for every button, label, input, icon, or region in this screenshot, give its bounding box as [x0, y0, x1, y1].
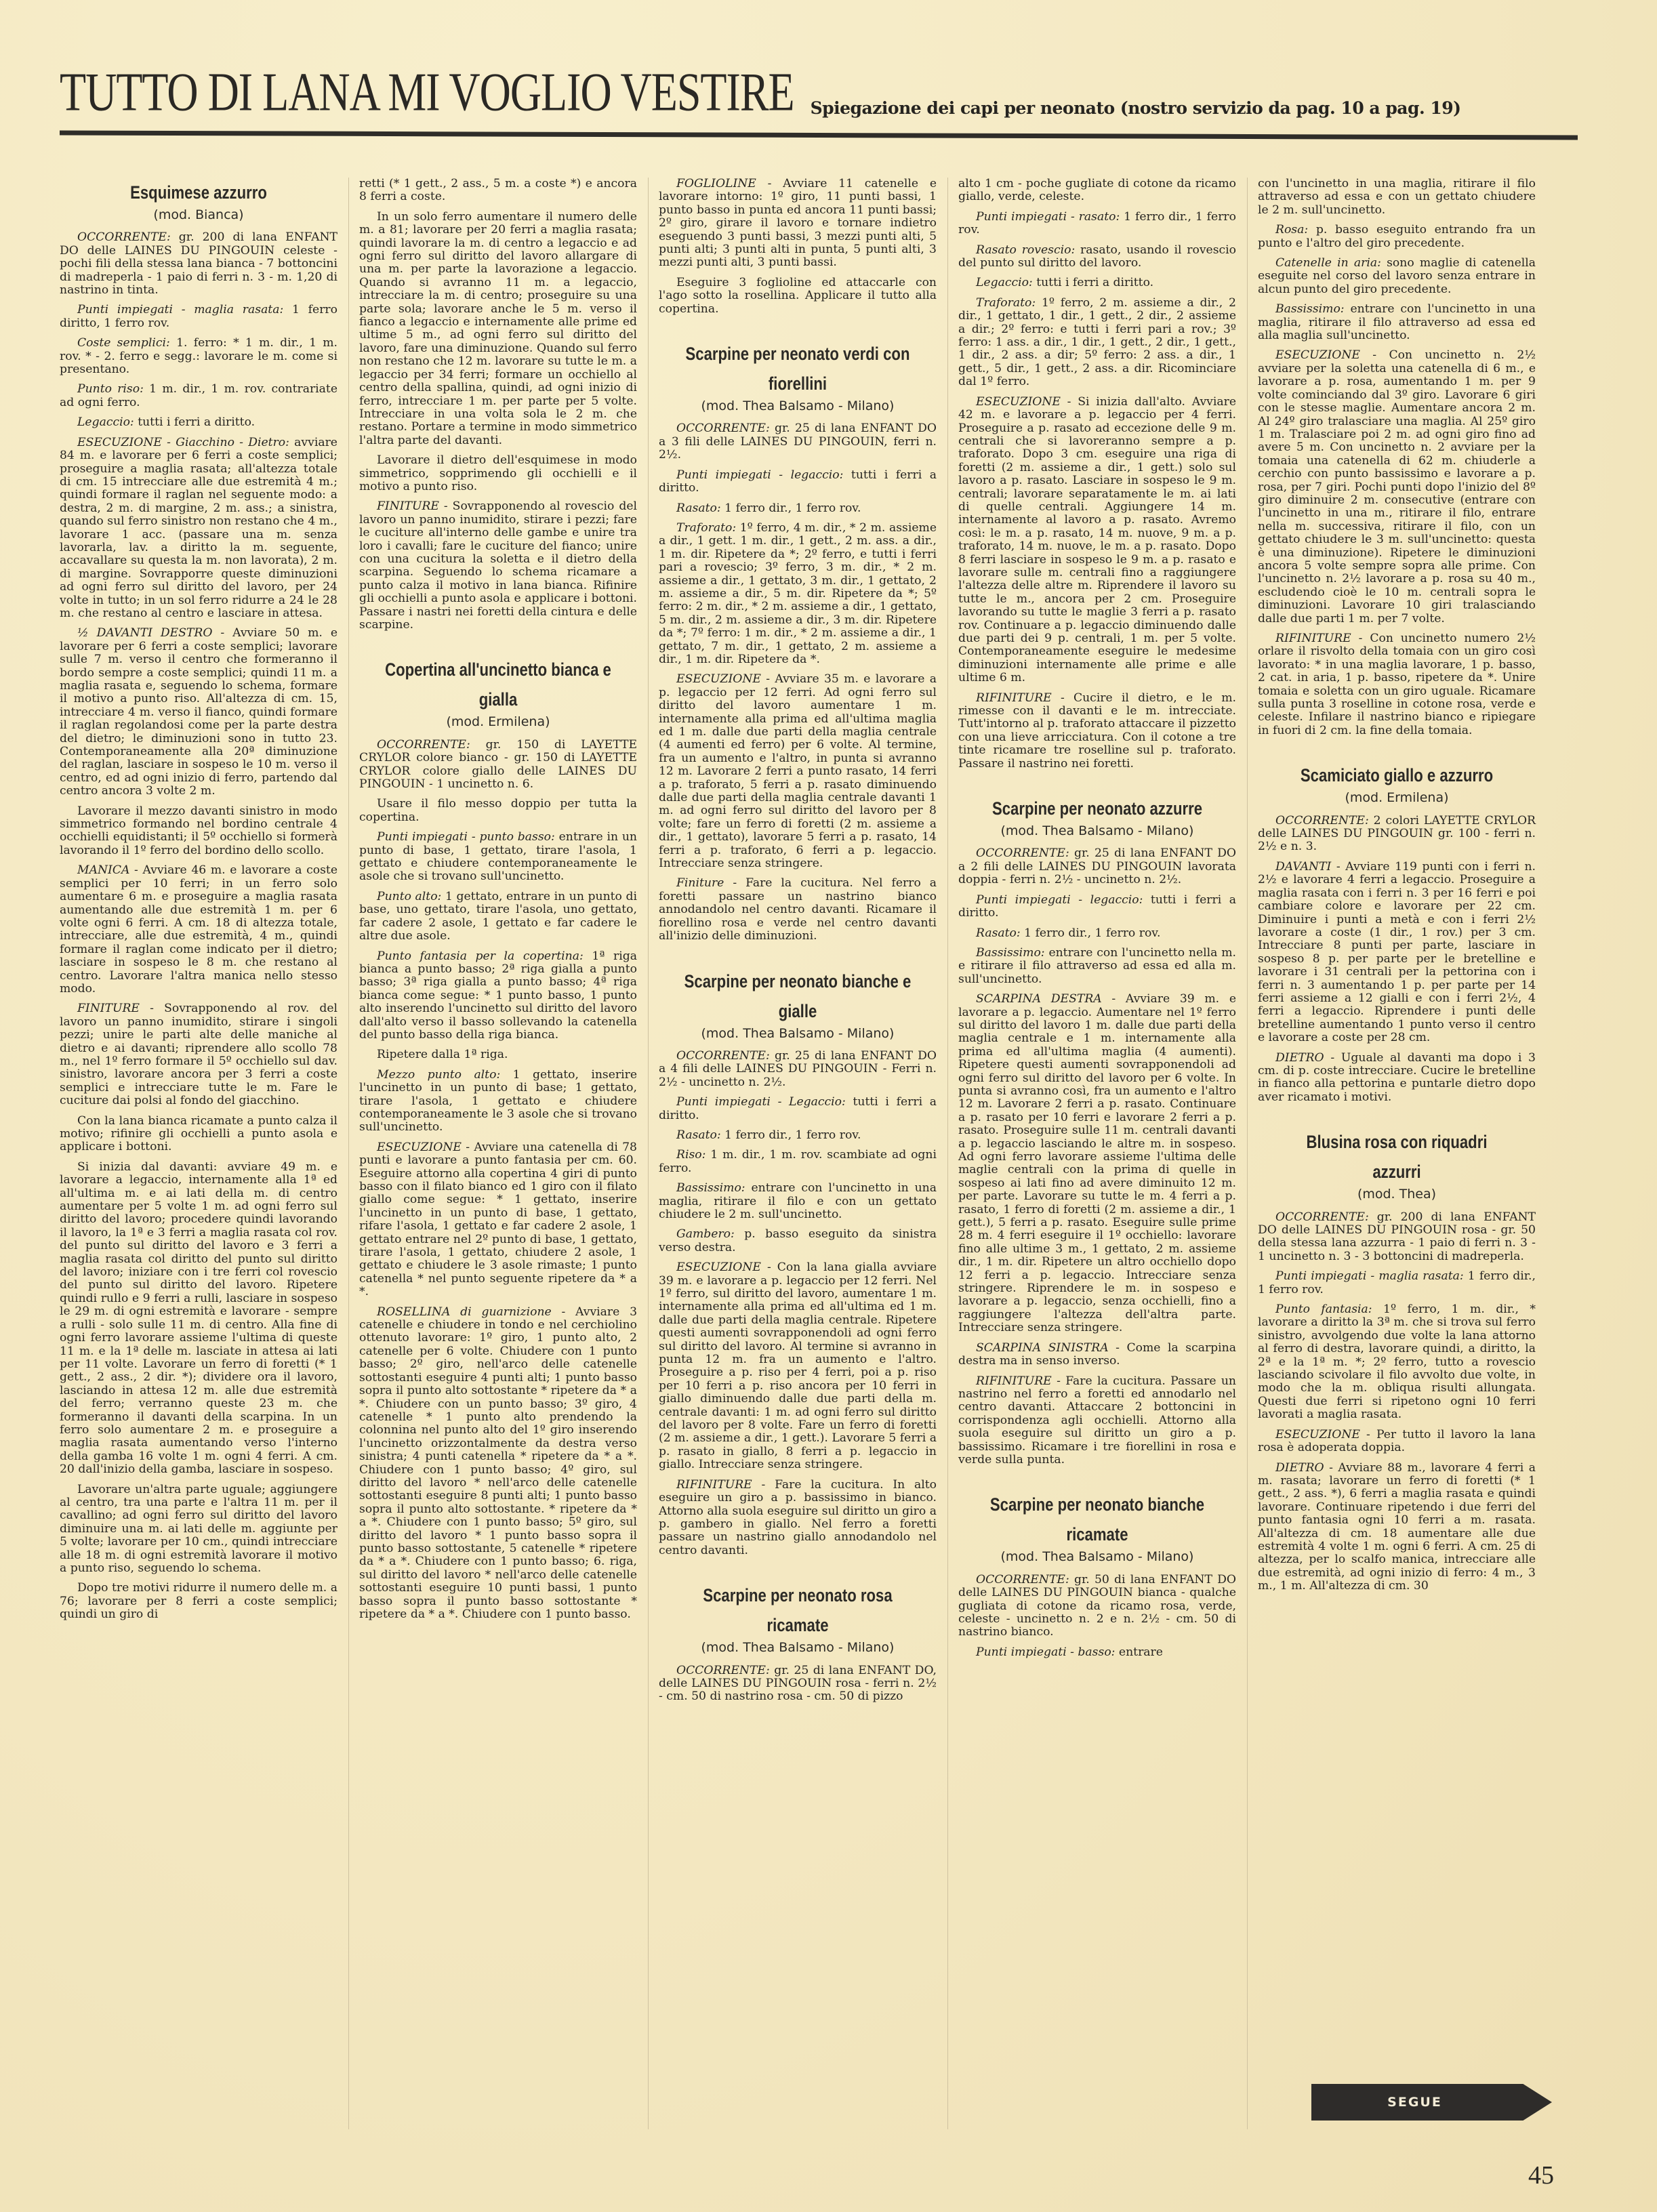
- paragraph: RIFINITURE - Fare la cucitura. In alto e…: [659, 1479, 937, 1557]
- paragraph-body: con l'uncinetto in una maglia, ritirare …: [1258, 177, 1536, 217]
- paragraph-body: - Avviare 46 m. e lavorare a coste sempl…: [60, 863, 337, 996]
- column-divider: [648, 178, 649, 2129]
- paragraph-lead: SCARPINA SINISTRA: [976, 1341, 1109, 1355]
- paragraph: Dopo tre motivi ridurre il numero delle …: [60, 1582, 337, 1621]
- paragraph-lead: OCCORRENTE:: [976, 846, 1069, 860]
- paragraph: OCCORRENTE: gr. 200 di lana ENFANT DO de…: [60, 231, 337, 297]
- paragraph: ESECUZIONE - Si inizia dall'alto. Avviar…: [958, 396, 1236, 685]
- section-title: Scamiciato giallo e azzurro: [1283, 760, 1511, 790]
- paragraph-body: 1 ferro dir., 1 ferro rov.: [721, 501, 861, 515]
- paragraph: ROSELLINA di guarnizione - Avviare 3 cat…: [359, 1306, 637, 1622]
- paragraph-lead: Legaccio:: [77, 415, 134, 429]
- paragraph: DAVANTI - Avviare 119 punti con i ferri …: [1258, 861, 1536, 1045]
- paragraph-lead: Punti impiegati - punto basso:: [377, 830, 555, 844]
- paragraph: Punti impiegati - legaccio: tutti i ferr…: [958, 894, 1236, 920]
- paragraph: Legaccio: tutti i ferri a diritto.: [958, 276, 1236, 289]
- paragraph-body: alto 1 cm - poche gugliate di cotone da …: [958, 177, 1236, 203]
- paragraph-lead: FINITURE: [377, 499, 439, 513]
- paragraph-lead: Punti impiegati - maglia rasata:: [77, 303, 283, 316]
- paragraph-body: In un solo ferro aumentare il numero del…: [359, 210, 637, 447]
- paragraph-lead: Legaccio:: [976, 276, 1033, 289]
- paragraph-lead: Traforato:: [676, 521, 736, 535]
- text-column-3: FOGLIOLINE - Avviare 11 catenelle e lavo…: [659, 178, 937, 1711]
- text-column-4: alto 1 cm - poche gugliate di cotone da …: [958, 178, 1236, 1666]
- text-column-5: con l'uncinetto in una maglia, ritirare …: [1258, 178, 1536, 1600]
- paragraph-body: - Sovrapponendo al rovescio del lavoro u…: [359, 499, 637, 632]
- paragraph: Punto alto: 1 gettato, entrare in un pun…: [359, 890, 637, 943]
- paragraph-lead: Punti impiegati - rasato:: [976, 210, 1120, 224]
- paragraph: RIFINITURE - Cucire il dietro, e le m. r…: [958, 692, 1236, 771]
- paragraph-lead: OCCORRENTE:: [676, 1049, 770, 1063]
- paragraph: Lavorare un'altra parte uguale; aggiunge…: [60, 1483, 337, 1576]
- paragraph-body: Lavorare il mezzo davanti sinistro in mo…: [60, 804, 337, 857]
- paragraph: retti (* 1 gett., 2 ass., 5 m. a coste *…: [359, 178, 637, 204]
- paragraph: SCARPINA DESTRA - Avviare 39 m. e lavora…: [958, 993, 1236, 1335]
- paragraph-body: - Sovrapponendo al rov. del lavoro un pa…: [60, 1002, 337, 1107]
- paragraph-body: 1º ferro, 1 m. dir., * lavorare a diritt…: [1258, 1303, 1536, 1421]
- paragraph: Rasato: 1 ferro dir., 1 ferro rov.: [958, 927, 1236, 940]
- paragraph-body: tutti i ferri a diritto.: [134, 415, 255, 429]
- paragraph-body: - Fare la cucitura. Passare un nastrino …: [958, 1374, 1236, 1467]
- paragraph-body: - Avviare 35 m. e lavorare a p. legaccio…: [659, 672, 937, 870]
- paragraph-lead: ESECUZIONE: [676, 1261, 761, 1274]
- section-designer: (mod. Thea Balsamo - Milano): [659, 1027, 937, 1040]
- paragraph-body: 1º ferro, 4 m. dir., * 2 m. assieme a di…: [659, 521, 937, 666]
- paragraph-lead: RIFINITURE: [1275, 632, 1351, 645]
- column-divider: [1247, 178, 1248, 2129]
- paragraph-lead: OCCORRENTE:: [676, 1664, 770, 1677]
- paragraph: ESECUZIONE - Avviare 35 m. e lavorare a …: [659, 673, 937, 870]
- paragraph: OCCORRENTE: 2 colori LAYETTE CRYLOR dell…: [1258, 815, 1536, 854]
- paragraph-lead: OCCORRENTE:: [1275, 1210, 1369, 1224]
- paragraph-lead: Gambero:: [676, 1227, 735, 1241]
- paragraph: MANICA - Avviare 46 m. e lavorare a cost…: [60, 864, 337, 996]
- paragraph: Gambero: p. basso eseguito da sinistra v…: [659, 1228, 937, 1254]
- paragraph: Punti impiegati - punto basso: entrare i…: [359, 831, 637, 884]
- paragraph-lead: ESECUZIONE: [676, 672, 761, 686]
- paragraph: Punti impiegati - basso: entrare: [958, 1646, 1236, 1659]
- continue-label: SEGUE: [1387, 2095, 1442, 2110]
- paragraph: Riso: 1 m. dir., 1 m. rov. scambiate ad …: [659, 1149, 937, 1175]
- paragraph: Punti impiegati - legaccio: tutti i ferr…: [659, 469, 937, 495]
- paragraph: Punto fantasia per la copertina: 1ª riga…: [359, 950, 637, 1042]
- paragraph-lead: Punto riso:: [77, 382, 144, 396]
- paragraph: OCCORRENTE: gr. 25 di lana ENFANT DO a 3…: [659, 422, 937, 462]
- paragraph-body: - Avviare una catenella di 78 punti e la…: [359, 1141, 637, 1298]
- paragraph: Punti impiegati - maglia rasata: 1 ferro…: [1258, 1270, 1536, 1296]
- paragraph: Mezzo punto alto: 1 gettato, inserire l'…: [359, 1069, 637, 1134]
- section-title: Scarpine per neonato verdi con fiorellin…: [684, 339, 912, 398]
- paragraph-body: avviare 84 m. e lavorare per 6 ferri a c…: [60, 436, 337, 620]
- section-title: Scarpine per neonato rosa ricamate: [684, 1580, 912, 1640]
- paragraph: FINITURE - Sovrapponendo al rovescio del…: [359, 500, 637, 632]
- paragraph: Traforato: 1º ferro, 2 m. assieme a dir.…: [958, 297, 1236, 389]
- paragraph-lead: Punti impiegati - basso:: [976, 1645, 1115, 1659]
- paragraph-lead: DAVANTI: [1275, 860, 1331, 874]
- paragraph-lead: Punti impiegati - Legaccio:: [676, 1095, 846, 1109]
- paragraph-lead: Finiture: [676, 876, 724, 890]
- paragraph-lead: ESECUZIONE: [377, 1141, 462, 1154]
- paragraph-body: - Avviare 39 m. e lavorare a p. legaccio…: [958, 992, 1236, 1334]
- paragraph: ESECUZIONE - Con la lana gialla avviare …: [659, 1261, 937, 1472]
- paragraph-lead: Bassissimo:: [1275, 302, 1345, 316]
- paragraph: OCCORRENTE: gr. 25 di lana ENFANT DO, de…: [659, 1664, 937, 1704]
- paragraph-body: 1 ferro dir., 1 ferro rov.: [721, 1128, 861, 1142]
- paragraph-lead: OCCORRENTE:: [377, 738, 470, 752]
- paragraph: FOGLIOLINE - Avviare 11 catenelle e lavo…: [659, 178, 937, 270]
- paragraph-lead: ESECUZIONE: [1275, 348, 1360, 362]
- paragraph-lead: Coste semplici:: [77, 336, 170, 350]
- paragraph-lead: OCCORRENTE:: [676, 422, 770, 435]
- paragraph-body: 1º ferro, 2 m. assieme a dir., 2 dir., 1…: [958, 296, 1236, 388]
- paragraph-lead: RIFINITURE: [676, 1478, 752, 1492]
- paragraph-lead: SCARPINA DESTRA: [976, 992, 1102, 1006]
- paragraph: alto 1 cm - poche gugliate di cotone da …: [958, 178, 1236, 204]
- paragraph: Punti impiegati - rasato: 1 ferro dir., …: [958, 211, 1236, 237]
- section-designer: (mod. Bianca): [60, 209, 337, 222]
- paragraph-body: - Si inizia dall'alto. Avviare 42 m. e l…: [958, 395, 1236, 685]
- paragraph: Legaccio: tutti i ferri a diritto.: [60, 416, 337, 429]
- paragraph-lead: Rasato:: [676, 501, 721, 515]
- page-header: TUTTO DI LANA MI VOGLIO VESTIRE Spiegazi…: [60, 76, 1578, 119]
- paragraph-body: - Con la lana gialla avviare 39 m. e lav…: [659, 1261, 937, 1471]
- section-designer: (mod. Ermilena): [1258, 792, 1536, 804]
- section-title: Scarpine per neonato bianche ricamate: [983, 1490, 1211, 1549]
- paragraph-body: - Avviare 88 m., lavorare 4 ferri a m. r…: [1258, 1461, 1536, 1593]
- paragraph-lead: Bassissimo:: [676, 1181, 745, 1195]
- paragraph-body: Ripetere dalla 1ª riga.: [377, 1048, 508, 1061]
- continue-arrow-banner[interactable]: SEGUE: [1311, 2084, 1552, 2121]
- paragraph: Lavorare il mezzo davanti sinistro in mo…: [60, 805, 337, 858]
- page-subtitle: Spiegazione dei capi per neonato (nostro…: [811, 98, 1461, 118]
- paragraph: ½ DAVANTI DESTRO - Avviare 50 m. e lavor…: [60, 627, 337, 798]
- paragraph: DIETRO - Avviare 88 m., lavorare 4 ferri…: [1258, 1462, 1536, 1593]
- paragraph: FINITURE - Sovrapponendo al rov. del lav…: [60, 1002, 337, 1107]
- header-rule: [60, 130, 1578, 140]
- paragraph: Punto riso: 1 m. dir., 1 m. rov. contrar…: [60, 383, 337, 409]
- paragraph-lead: OCCORRENTE:: [976, 1573, 1069, 1586]
- paragraph: Rasato: 1 ferro dir., 1 ferro rov.: [659, 1129, 937, 1142]
- section-designer: (mod. Ermilena): [359, 716, 637, 729]
- paragraph: Punti impiegati - maglia rasata: 1 ferro…: [60, 304, 337, 330]
- section-title: Scarpine per neonato azzurre: [983, 794, 1211, 823]
- paragraph: OCCORRENTE: gr. 50 di lana ENFANT DO del…: [958, 1574, 1236, 1639]
- paragraph: ESECUZIONE - Per tutto il lavoro la lana…: [1258, 1429, 1536, 1455]
- paragraph: Bassissimo: entrare con l'uncinetto nell…: [958, 947, 1236, 986]
- text-column-1: Esquimese azzurro(mod. Bianca)OCCORRENTE…: [60, 178, 337, 1629]
- paragraph-lead: FINITURE: [77, 1002, 140, 1015]
- paragraph: Usare il filo messo doppio per tutta la …: [359, 798, 637, 824]
- paragraph-lead: Punti impiegati - legaccio:: [676, 468, 843, 482]
- paragraph-body: entrare: [1115, 1645, 1162, 1659]
- paragraph-lead: OCCORRENTE:: [77, 230, 171, 244]
- section-designer: (mod. Thea Balsamo - Milano): [659, 400, 937, 413]
- paragraph-lead: Mezzo punto alto:: [377, 1068, 500, 1082]
- paragraph: Coste semplici: 1. ferro: * 1 m. dir., 1…: [60, 337, 337, 376]
- paragraph: Catenelle in aria: sono maglie di catene…: [1258, 257, 1536, 296]
- paragraph: OCCORRENTE: gr. 25 di lana ENFANT DO a 2…: [958, 847, 1236, 886]
- paragraph: ESECUZIONE - Con uncinetto n. 2½ avviare…: [1258, 349, 1536, 626]
- paragraph: Bassissimo: entrare con l'uncinetto in u…: [1258, 303, 1536, 342]
- paragraph: con l'uncinetto in una maglia, ritirare …: [1258, 178, 1536, 217]
- paragraph: SCARPINA SINISTRA - Come la scarpina des…: [958, 1342, 1236, 1368]
- paragraph-body: Usare il filo messo doppio per tutta la …: [359, 797, 637, 823]
- paragraph-body: - Con uncinetto numero 2½ orlare il risv…: [1258, 632, 1536, 737]
- paragraph-lead: Punto alto:: [377, 890, 441, 903]
- paragraph-body: Dopo tre motivi ridurre il numero delle …: [60, 1581, 337, 1621]
- paragraph-lead: OCCORRENTE:: [1275, 814, 1369, 827]
- paragraph: Rosa: p. basso eseguito entrando fra un …: [1258, 224, 1536, 250]
- paragraph: OCCORRENTE: gr. 200 di lana ENFANT DO de…: [1258, 1211, 1536, 1264]
- paragraph-lead: Rasato:: [676, 1128, 721, 1142]
- paragraph-body: - Avviare 50 m. e lavorare per 6 ferri a…: [60, 626, 337, 798]
- section-title: Scarpine per neonato bianche e gialle: [684, 966, 912, 1026]
- paragraph-lead: Catenelle in aria:: [1275, 256, 1381, 270]
- paragraph: DIETRO - Uguale al davanti ma dopo i 3 c…: [1258, 1052, 1536, 1105]
- paragraph-body: - Avviare 3 catenelle e chiudere in tond…: [359, 1305, 637, 1621]
- paragraph-lead: ½ DAVANTI DESTRO: [77, 626, 212, 640]
- paragraph: Si inizia dal davanti: avviare 49 m. e l…: [60, 1161, 337, 1477]
- paragraph: Rasato: 1 ferro dir., 1 ferro rov.: [659, 502, 937, 515]
- paragraph-lead: Punto fantasia:: [1275, 1303, 1372, 1316]
- paragraph-body: - Avviare 11 catenelle e lavorare intorn…: [659, 177, 937, 269]
- paragraph-lead: DIETRO: [1275, 1461, 1324, 1475]
- paragraph-lead: DIETRO: [1275, 1051, 1324, 1065]
- paragraph-body: 1ª riga bianca a punto basso; 2ª riga gi…: [359, 949, 637, 1042]
- paragraph-body: Lavorare il dietro dell'esquimese in mod…: [359, 453, 637, 493]
- section-designer: (mod. Thea Balsamo - Milano): [958, 825, 1236, 838]
- paragraph-lead: ESECUZIONE: [1275, 1428, 1360, 1441]
- paragraph: Traforato: 1º ferro, 4 m. dir., * 2 m. a…: [659, 522, 937, 666]
- paragraph-lead: Rasato:: [976, 926, 1021, 940]
- paragraph-lead: FOGLIOLINE: [676, 177, 756, 190]
- paragraph-body: Lavorare un'altra parte uguale; aggiunge…: [60, 1483, 337, 1575]
- page-number: 45: [1528, 2160, 1554, 2190]
- text-column-2: retti (* 1 gett., 2 ass., 5 m. a coste *…: [359, 178, 637, 1628]
- page-title: TUTTO DI LANA MI VOGLIO VESTIRE: [60, 65, 794, 119]
- paragraph-lead: Rosa:: [1275, 223, 1308, 237]
- paragraph: Rasato rovescio: rasato, usando il roves…: [958, 244, 1236, 270]
- section-title: Copertina all'uncinetto bianca e gialla: [384, 655, 612, 714]
- paragraph: In un solo ferro aumentare il numero del…: [359, 211, 637, 447]
- paragraph-body: - Avviare 119 punti con i ferri n. 2½ e …: [1258, 860, 1536, 1044]
- paragraph-lead: ESECUZIONE - Giacchino - Dietro:: [77, 436, 289, 449]
- paragraph: OCCORRENTE: gr. 150 di LAYETTE CRYLOR co…: [359, 739, 637, 792]
- paragraph: Lavorare il dietro dell'esquimese in mod…: [359, 454, 637, 493]
- paragraph: Bassissimo: entrare con l'uncinetto in u…: [659, 1182, 937, 1221]
- paragraph: Ripetere dalla 1ª riga.: [359, 1048, 637, 1061]
- paragraph: ESECUZIONE - Avviare una catenella di 78…: [359, 1141, 637, 1299]
- paragraph: Finiture - Fare la cucitura. Nel ferro a…: [659, 877, 937, 943]
- paragraph: RIFINITURE - Fare la cucitura. Passare u…: [958, 1375, 1236, 1467]
- paragraph: Con la lana bianca ricamate a punto calz…: [60, 1115, 337, 1154]
- paragraph: Punto fantasia: 1º ferro, 1 m. dir., * l…: [1258, 1303, 1536, 1422]
- paragraph-lead: ESECUZIONE: [976, 395, 1061, 409]
- paragraph: ESECUZIONE - Giacchino - Dietro: avviare…: [60, 436, 337, 621]
- paragraph: OCCORRENTE: gr. 25 di lana ENFANT DO a 4…: [659, 1050, 937, 1089]
- section-title: Esquimese azzurro: [85, 178, 312, 207]
- column-divider: [348, 178, 349, 2129]
- paragraph-body: - Con uncinetto n. 2½ avviare per la sol…: [1258, 348, 1536, 625]
- section-title: Blusina rosa con riquadri azzurri: [1283, 1127, 1511, 1187]
- paragraph-lead: Rasato rovescio:: [976, 243, 1075, 257]
- paragraph-lead: Punti impiegati - legaccio:: [976, 893, 1143, 907]
- paragraph-lead: ROSELLINA di guarnizione: [377, 1305, 552, 1319]
- column-divider: [947, 178, 948, 2129]
- paragraph: Eseguire 3 foglioline ed attaccarle con …: [659, 276, 937, 316]
- paragraph-lead: Bassissimo:: [976, 946, 1045, 960]
- paragraph-body: retti (* 1 gett., 2 ass., 5 m. a coste *…: [359, 177, 637, 203]
- section-designer: (mod. Thea): [1258, 1188, 1536, 1201]
- paragraph: Punti impiegati - Legaccio: tutti i ferr…: [659, 1096, 937, 1122]
- paragraph: RIFINITURE - Con uncinetto numero 2½ orl…: [1258, 632, 1536, 737]
- paragraph-body: Con la lana bianca ricamate a punto calz…: [60, 1114, 337, 1154]
- section-designer: (mod. Thea Balsamo - Milano): [958, 1551, 1236, 1563]
- section-designer: (mod. Thea Balsamo - Milano): [659, 1641, 937, 1654]
- paragraph-lead: RIFINITURE: [976, 691, 1052, 705]
- paragraph-lead: Traforato:: [976, 296, 1036, 310]
- paragraph-body: Si inizia dal davanti: avviare 49 m. e l…: [60, 1160, 337, 1476]
- paragraph-body: tutti i ferri a diritto.: [1033, 276, 1153, 289]
- paragraph-lead: MANICA: [77, 863, 129, 877]
- paragraph-lead: Punti impiegati - maglia rasata:: [1275, 1269, 1464, 1283]
- paragraph-body: 1 ferro dir., 1 ferro rov.: [1021, 926, 1161, 940]
- paragraph-lead: Punto fantasia per la copertina:: [377, 949, 584, 963]
- paragraph-body: Eseguire 3 foglioline ed attaccarle con …: [659, 276, 937, 316]
- paragraph-lead: Riso:: [676, 1148, 705, 1162]
- paragraph-lead: RIFINITURE: [976, 1374, 1052, 1388]
